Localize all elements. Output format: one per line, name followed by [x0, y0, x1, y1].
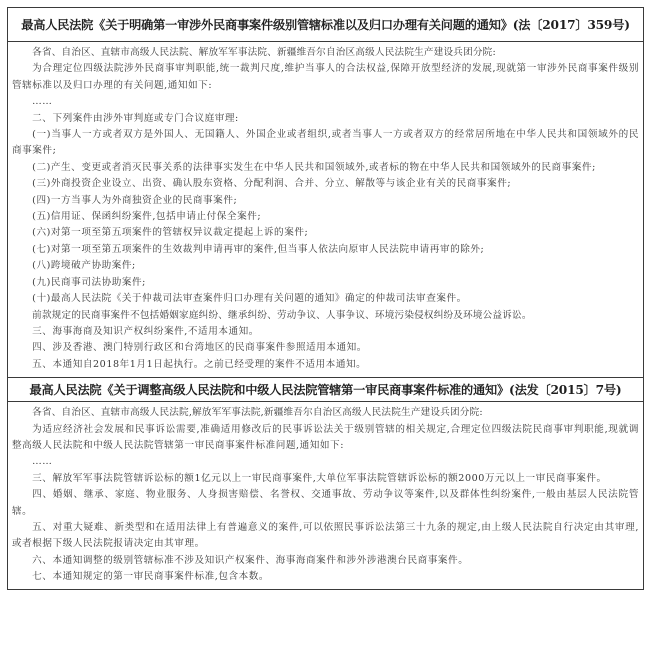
- paragraph: (八)跨境破产协助案件;: [12, 258, 639, 274]
- paragraph: (十)最高人民法院《关于仲裁司法审查案件归口办理有关问题的通知》确定的仲裁司法审…: [12, 291, 639, 307]
- paragraph: 三、海事海商及知识产权纠纷案件,不适用本通知。: [12, 324, 639, 340]
- paragraph: 前款规定的民商事案件不包括婚姻家庭纠纷、继承纠纷、劳动争议、人事争议、环境污染侵…: [12, 308, 639, 324]
- notice-body-2015: 各省、自治区、直辖市高级人民法院,解放军军事法院,新疆维吾尔自治区高级人民法院生…: [8, 402, 643, 588]
- paragraph: (九)民商事司法协助案件;: [12, 275, 639, 291]
- paragraph: (五)信用证、保函纠纷案件,包括申请止付保全案件;: [12, 209, 639, 225]
- paragraph: 三、解放军军事法院管辖诉讼标的额1亿元以上一审民商事案件,大单位军事法院管辖诉讼…: [12, 471, 639, 487]
- notice-body-2017: 各省、自治区、直辖市高级人民法院、解放军军事法院、新疆维吾尔自治区高级人民法院生…: [8, 42, 643, 377]
- paragraph: (四)一方当事人为外商独资企业的民商事案件;: [12, 193, 639, 209]
- paragraph: (三)外商投资企业设立、出资、确认股东资格、分配利润、合并、分立、解散等与该企业…: [12, 176, 639, 192]
- paragraph: (一)当事人一方或者双方是外国人、无国籍人、外国企业或者组织,或者当事人一方或者…: [12, 127, 639, 160]
- paragraph: 七、本通知规定的第一审民商事案件标准,包含本数。: [12, 569, 639, 585]
- paragraph: 四、涉及香港、澳门特别行政区和台湾地区的民商事案件参照适用本通知。: [12, 340, 639, 356]
- document-table: 最高人民法院《关于明确第一审涉外民商事案件级别管辖标准以及归口办理有关问题的通知…: [7, 7, 644, 590]
- paragraph: 各省、自治区、直辖市高级人民法院、解放军军事法院、新疆维吾尔自治区高级人民法院生…: [12, 45, 639, 61]
- notice-title-2017: 最高人民法院《关于明确第一审涉外民商事案件级别管辖标准以及归口办理有关问题的通知…: [8, 8, 643, 41]
- paragraph: (七)对第一项至第五项案件的生效裁判申请再审的案件,但当事人依法向原审人民法院申…: [12, 242, 639, 258]
- paragraph: (二)产生、变更或者消灭民事关系的法律事实发生在中华人民共和国领域外,或者标的物…: [12, 160, 639, 176]
- paragraph: 六、本通知调整的级别管辖标准不涉及知识产权案件、海事海商案件和涉外涉港澳台民商事…: [12, 553, 639, 569]
- ellipsis: ……: [12, 94, 639, 110]
- paragraph: 为合理定位四级法院涉外民商事审判职能,统一裁判尺度,维护当事人的合法权益,保障开…: [12, 61, 639, 94]
- paragraph: 各省、自治区、直辖市高级人民法院,解放军军事法院,新疆维吾尔自治区高级人民法院生…: [12, 405, 639, 421]
- paragraph: 五、本通知自2018年1月1日起执行。之前已经受理的案件不适用本通知。: [12, 357, 639, 373]
- paragraph: 二、下列案件由涉外审判庭或专门合议庭审理:: [12, 111, 639, 127]
- paragraph: 为适应经济社会发展和民事诉讼需要,准确适用修改后的民事诉讼法关于级别管辖的相关规…: [12, 422, 639, 455]
- paragraph: 五、对重大疑难、新类型和在适用法律上有普遍意义的案件,可以依照民事诉讼法第三十九…: [12, 520, 639, 553]
- notice-title-2015: 最高人民法院《关于调整高级人民法院和中级人民法院管辖第一审民商事案件标准的通知》…: [8, 378, 643, 401]
- paragraph: 四、婚姻、继承、家庭、物业服务、人身损害赔偿、名誉权、交通事故、劳动争议等案件,…: [12, 487, 639, 520]
- ellipsis: ……: [12, 454, 639, 470]
- paragraph: (六)对第一项至第五项案件的管辖权异议裁定提起上诉的案件;: [12, 225, 639, 241]
